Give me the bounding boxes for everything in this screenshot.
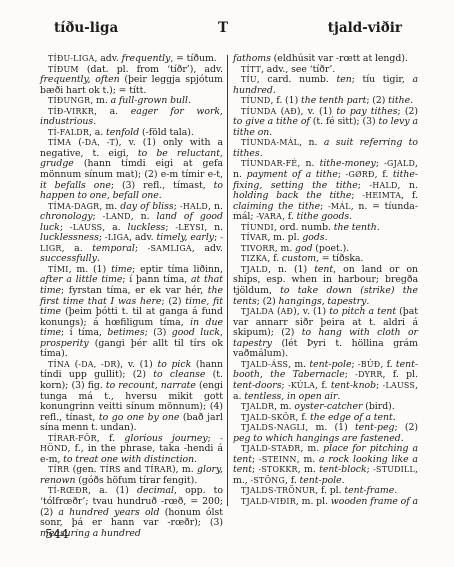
gloss-text: the tenth part <box>301 95 366 106</box>
body-text: ; fyrstan tíma, er ek var hér, <box>61 285 208 296</box>
gloss-text: day of bliss <box>120 201 173 212</box>
gloss-text: the edge of a tent <box>310 412 393 423</box>
body-text: , card. numb. <box>257 74 337 85</box>
headword-text: TJALDR <box>241 402 274 411</box>
body-text: ; <box>135 243 148 254</box>
body-text: . <box>349 211 352 222</box>
body-text: , adv., see ‘tíðr’. <box>261 64 335 75</box>
dictionary-entry: TÍU, card. numb. ten; tíu tigir, a hundr… <box>233 75 418 96</box>
body-text: , f. (1) <box>271 95 301 106</box>
body-text: ; <box>93 211 103 222</box>
body-text: ; <box>60 222 70 233</box>
headword-text: TÍTT <box>241 65 261 74</box>
gloss-text: temporal <box>92 243 135 254</box>
headword-text: TÍUNDI <box>241 223 274 232</box>
headword-text: -STEINN <box>259 455 297 464</box>
body-text: , n. <box>204 222 223 233</box>
body-text: ; tíu tigir, <box>352 74 413 85</box>
headword-text: TJALD-VIÐIR <box>241 497 296 506</box>
gloss-text: timely, early <box>156 232 214 243</box>
headword-text: TJALD-ÁSS <box>241 360 288 369</box>
gloss-text: tithe <box>388 95 410 106</box>
headword-text: -LIGA <box>105 233 129 242</box>
body-text: ; <box>358 180 370 191</box>
gloss-text: chronology <box>40 211 93 222</box>
headword-text: -STOKKR <box>258 465 297 474</box>
gloss-text: a hundred years old <box>58 507 159 518</box>
gloss-text: frequently <box>122 53 171 64</box>
headword-text: TJALDS-NAGLI <box>241 423 305 432</box>
body-text: (góðs höfum tírar fengit). <box>75 475 197 486</box>
body-text: ; <box>351 190 362 201</box>
gloss-text: frequently, often <box>40 74 120 85</box>
body-text: ; (2) <box>161 296 185 307</box>
gloss-text: tent-frame <box>344 485 394 496</box>
headword-text: TJALD-SKÖR <box>241 413 296 422</box>
headword-text: TÍVAR <box>241 233 267 242</box>
headword-text: -SAMLIGA <box>148 244 192 253</box>
body-text: ; (3) <box>145 327 172 338</box>
headword-text: TÍUND <box>241 96 271 105</box>
body-text: . <box>337 391 340 402</box>
headword-text: TÍMA <box>48 138 71 147</box>
dictionary-entry: TÍUNDA-MÁL, n. a suit referring to tithe… <box>233 138 418 159</box>
gloss-text: after a little time <box>40 274 122 285</box>
gloss-text: peg to which hangings are fastened <box>233 433 401 444</box>
body-text: , n. <box>131 211 157 222</box>
body-text: , f. <box>380 359 396 370</box>
gloss-text: to give a tithe of <box>233 116 310 127</box>
section-letter: T <box>218 20 228 36</box>
body-text: , m. <box>274 401 294 412</box>
gloss-text: payment of a tithe <box>247 169 338 180</box>
gloss-text: to pay tithes <box>336 106 397 117</box>
body-text: ; (2) <box>394 422 418 433</box>
gloss-text: claiming the tithe <box>233 201 320 212</box>
body-text: , n. <box>297 158 319 169</box>
dictionary-entry: TJALDS-NAGLI, m. (1) tent-peg; (2) peg t… <box>233 423 418 444</box>
body-text: , f. <box>296 412 311 423</box>
body-text: , f. <box>97 433 125 444</box>
body-text: . <box>342 475 345 486</box>
headword-text: TJALDS-TRÖNUR <box>241 486 315 495</box>
headword-text: TÍRR <box>48 465 69 474</box>
body-text: ; í tíma, <box>61 327 107 338</box>
dictionary-entry: TJALDA (AÐ), v. (1) to pitch a tent (þat… <box>233 307 418 360</box>
body-text: , ord. numb. <box>274 222 334 233</box>
page-number: 544 <box>45 526 69 541</box>
body-text: , f. <box>285 475 300 486</box>
headword-text: TJALD <box>241 265 268 274</box>
headword-text: TJALDA <box>241 307 274 316</box>
headword-text: TÍRAR-FÖR <box>48 434 97 443</box>
body-text: ; <box>345 369 355 380</box>
body-text: ; (3) refl., tímast, <box>111 180 214 191</box>
gloss-text: tent-block <box>319 464 366 475</box>
body-text: , f. <box>401 190 418 201</box>
dictionary-entry: TÍMA-DAGR, m. day of bliss; -HALD, n. ch… <box>40 202 223 265</box>
body-text: , m. <box>297 454 319 465</box>
headword-text: TÍMA-DAGR <box>48 202 99 211</box>
gloss-text: tent-peg <box>355 422 395 433</box>
body-text: . <box>269 127 272 138</box>
body-text: (gen. <box>69 464 100 475</box>
headword-text: -GJALD <box>384 159 415 168</box>
body-text: , m. <box>99 201 120 212</box>
gloss-text: tent-knob <box>331 380 376 391</box>
headword-text: -KÚLA <box>288 381 315 390</box>
gloss-text: fathoms <box>233 53 271 64</box>
headword-text: -VARA <box>256 212 282 221</box>
dictionary-entry: TJALD-VIÐIR, m. pl. wooden frame of a <box>233 497 418 508</box>
document-page: tíðu-liga T tjald-viðir TÍÐU-LIGA, adv. … <box>0 0 454 567</box>
dictionary-entry: TÍÐ-VIRKR, a. eager for work, industriou… <box>40 107 223 128</box>
headword-text: -LEYSI <box>175 223 204 232</box>
body-text: , n. <box>398 180 418 191</box>
gloss-text: a full-grown bull <box>111 95 188 106</box>
gloss-text: lucklessness <box>40 232 99 243</box>
headword-text: TÍ-RŒÐR <box>48 486 88 495</box>
gloss-text: holding back the tithe <box>233 190 351 201</box>
dictionary-entry: TÍRR (gen. TÍRS and TÍRAR), m. glory, re… <box>40 465 223 486</box>
headword-text: TÍUNDA <box>241 107 276 116</box>
body-text: . <box>325 232 328 243</box>
dictionary-entry: TÍMA (-DA, -T), v. (1) only with a negat… <box>40 138 223 201</box>
body-text: . <box>410 95 413 106</box>
dictionary-entry: TJALD-ÁSS, m. tent-pole; -BÚÐ, f. tent-b… <box>233 360 418 402</box>
body-text: ; <box>320 201 328 212</box>
headword-text: -STUDILL <box>373 465 415 474</box>
body-text: . <box>97 253 100 264</box>
column-divider <box>227 55 228 506</box>
body-text: . <box>260 148 263 159</box>
gloss-text: glorious journey <box>124 433 207 444</box>
headword-text: -BÚÐ <box>358 360 380 369</box>
body-text: ; <box>376 158 384 169</box>
gloss-text: custom <box>282 253 316 264</box>
headword-text: -HEIMTA <box>362 191 401 200</box>
body-text: , f. pl. <box>383 369 418 380</box>
headword-text: TÍUNDAR-FÉ <box>241 159 297 168</box>
body-text: , m. <box>298 464 319 475</box>
gloss-text: tent <box>314 264 333 275</box>
headword-text: TÍÐUM <box>48 65 79 74</box>
body-text: , m. <box>301 443 324 454</box>
gloss-text: hangings, tapestry <box>279 296 367 307</box>
dictionary-entry: TÍMI, m. (1) time; eptir tíma liðinn, af… <box>40 265 223 360</box>
page-header: tíðu-liga T tjald-viðir <box>40 20 418 36</box>
body-text: ; í þann tíma, <box>122 274 191 285</box>
body-text: (dat. pl. from ‘tíðr’), adv. <box>79 64 223 75</box>
body-text: ; <box>208 433 220 444</box>
headword-text: TIVORR <box>241 244 275 253</box>
headword-text: -MÁL <box>328 202 351 211</box>
body-text: , f. <box>375 169 393 180</box>
left-column: TÍÐU-LIGA, adv. frequently, = tíðum.TÍÐU… <box>40 54 223 539</box>
headword-text: TÍRAR <box>145 465 172 474</box>
body-text: ), m. <box>172 464 197 475</box>
dictionary-entry: TÍNA (-DA, -DR), v. (1) to pick (hann tí… <box>40 360 223 434</box>
body-text: , m. pl. <box>267 232 302 243</box>
body-text: . <box>273 85 276 96</box>
body-text: ; (2) <box>366 95 388 106</box>
body-text: . <box>393 412 396 423</box>
body-text: ; (2) <box>257 296 279 307</box>
dictionary-entry: TJALD-STAÐR, m. place for pitching a ten… <box>233 444 418 486</box>
body-text: . <box>377 222 380 233</box>
gloss-text: wooden frame of a <box>331 496 418 507</box>
body-text: ), v. (1) <box>117 359 158 370</box>
body-text: (poet.). <box>313 243 350 254</box>
body-text: . <box>188 95 191 106</box>
gloss-text: to go one by one <box>99 412 179 423</box>
body-text: , a. <box>102 222 127 233</box>
headword-text: -HALD <box>180 202 208 211</box>
gloss-text: to treat one with distinction <box>63 454 194 465</box>
dictionary-entry: TÍRAR-FÖR, f. glorious journey; -HÖND, f… <box>40 434 223 466</box>
body-text: , n. (1) <box>268 264 314 275</box>
gloss-text: tithe-money <box>320 158 376 169</box>
gloss-text: to pitch a tent <box>329 306 396 317</box>
headword-text: TÍUNDA-MÁL <box>241 138 299 147</box>
dictionary-entry: TÍUNDAR-FÉ, n. tithe-money; -GJALD, n. p… <box>233 159 418 222</box>
headword-text: -STÖNG <box>250 476 285 485</box>
headword-text: TÍNA <box>48 360 70 369</box>
body-text: , a. (1) <box>88 485 137 496</box>
gloss-text: decimal <box>137 485 174 496</box>
guide-word-right: tjald-viðir <box>328 20 418 36</box>
body-text: ; <box>165 222 175 233</box>
gloss-text: it befalls one <box>40 180 111 191</box>
gloss-text: tent-pole <box>309 359 351 370</box>
headword-text: TÍÐ-VIRKR <box>48 107 94 116</box>
gloss-text: tentless, in open air <box>244 391 337 402</box>
headword-text: TÍU <box>241 75 257 84</box>
headword-text: -GØRÐ <box>346 170 375 179</box>
body-text: ( <box>71 137 82 148</box>
body-text: , a. <box>62 243 93 254</box>
gloss-text: luckless <box>127 222 165 233</box>
headword-text: AÐ <box>284 107 297 116</box>
gloss-text: to pick <box>157 359 191 370</box>
gloss-text: tenfold <box>106 127 139 138</box>
body-text: , adv. <box>95 53 122 64</box>
body-text: . <box>401 433 404 444</box>
body-text: , f. pl. <box>315 485 344 496</box>
headword-text: -DYRR <box>355 370 382 379</box>
body-text: . <box>194 454 197 465</box>
body-text: , m. <box>275 243 295 254</box>
gloss-text: tent-pole <box>300 475 342 486</box>
headword-text: TÍÐUNGR <box>48 96 90 105</box>
gloss-text: to cleanse <box>153 369 205 380</box>
gloss-text: tithe goods <box>297 211 350 222</box>
headword-text: TIZKA <box>241 254 267 263</box>
body-text: , f. <box>315 380 331 391</box>
gloss-text: to recount, narrate <box>106 380 196 391</box>
headword-text: TJALD-STAÐR <box>241 444 301 453</box>
body-text: ), v. (1) <box>297 106 336 117</box>
body-text: , f. <box>282 211 297 222</box>
body-text: (t. fé sitt); (3) <box>310 116 379 127</box>
body-text: ; <box>252 454 259 465</box>
body-text: ; eptir tíma liðinn, <box>132 264 223 275</box>
body-text: , = tíðum. <box>170 53 216 64</box>
dictionary-entry: TJALD, n. (1) tent, on land or on ships,… <box>233 265 418 307</box>
body-text: , m. (1) <box>305 422 355 433</box>
body-text: , m. <box>90 95 110 106</box>
body-text: . <box>93 116 96 127</box>
gloss-text: gods <box>302 232 324 243</box>
body-text: . <box>394 485 397 496</box>
gloss-text: the tenth <box>334 222 377 233</box>
body-text: , a. <box>94 106 131 117</box>
body-text: , = tíðska. <box>316 253 363 264</box>
headword-text: TÍ-FALDR <box>48 128 89 137</box>
body-text: (bird). <box>362 401 394 412</box>
dictionary-entry: TÍUNDA (AÐ), v. (1) to pay tithes; (2) t… <box>233 107 418 139</box>
headword-text: TÍMI <box>48 265 69 274</box>
body-text: (eldhúsit var -rœtt at lengd). <box>271 53 408 64</box>
body-text: , m. pl. <box>296 496 331 507</box>
body-text: ( <box>274 306 281 317</box>
gloss-text: time <box>111 264 132 275</box>
body-text: , f. <box>267 253 282 264</box>
gloss-text: ten <box>336 74 351 85</box>
headword-text: TÍÐU-LIGA <box>48 54 95 63</box>
headword-text: -DA, -T <box>82 138 115 147</box>
body-text: ), v. (1) <box>293 306 329 317</box>
headword-text: AÐ <box>281 307 294 316</box>
gloss-text: oyster-catcher <box>294 401 362 412</box>
headword-text: -LAUSS <box>383 381 415 390</box>
body-text: , m. <box>288 359 309 370</box>
dictionary-entry: TÍÐUM (dat. pl. from ‘tíðr’), adv. frequ… <box>40 65 223 97</box>
guide-word-left: tíðu-liga <box>40 20 118 36</box>
headword-text: -HALD <box>369 181 397 190</box>
body-text: , n. <box>299 137 324 148</box>
body-text: , adv. <box>192 243 223 254</box>
headword-text: -DA, -DR <box>78 360 116 369</box>
gloss-text: god <box>295 243 313 254</box>
body-text: . <box>366 296 369 307</box>
headword-text: TÍRS <box>100 465 121 474</box>
body-text: ; <box>338 169 346 180</box>
body-text: (-föld tala). <box>139 127 194 138</box>
gloss-text: successfully <box>40 253 97 264</box>
gloss-text: tent-doors <box>233 380 281 391</box>
body-text: and <box>121 464 145 475</box>
body-text: ; (2) <box>398 106 419 117</box>
body-text: , n. <box>208 201 223 212</box>
body-text: , m. (1) <box>69 264 112 275</box>
headword-text: -LAND <box>103 212 131 221</box>
gloss-text: betimes <box>107 327 144 338</box>
body-text: , adv. <box>129 232 156 243</box>
body-text: , a. <box>89 127 106 138</box>
right-column: fathoms (eldhúsit var -rœtt at lengd).TÍ… <box>233 54 418 508</box>
body-text: . <box>159 190 162 201</box>
headword-text: -LAUSS <box>70 223 102 232</box>
